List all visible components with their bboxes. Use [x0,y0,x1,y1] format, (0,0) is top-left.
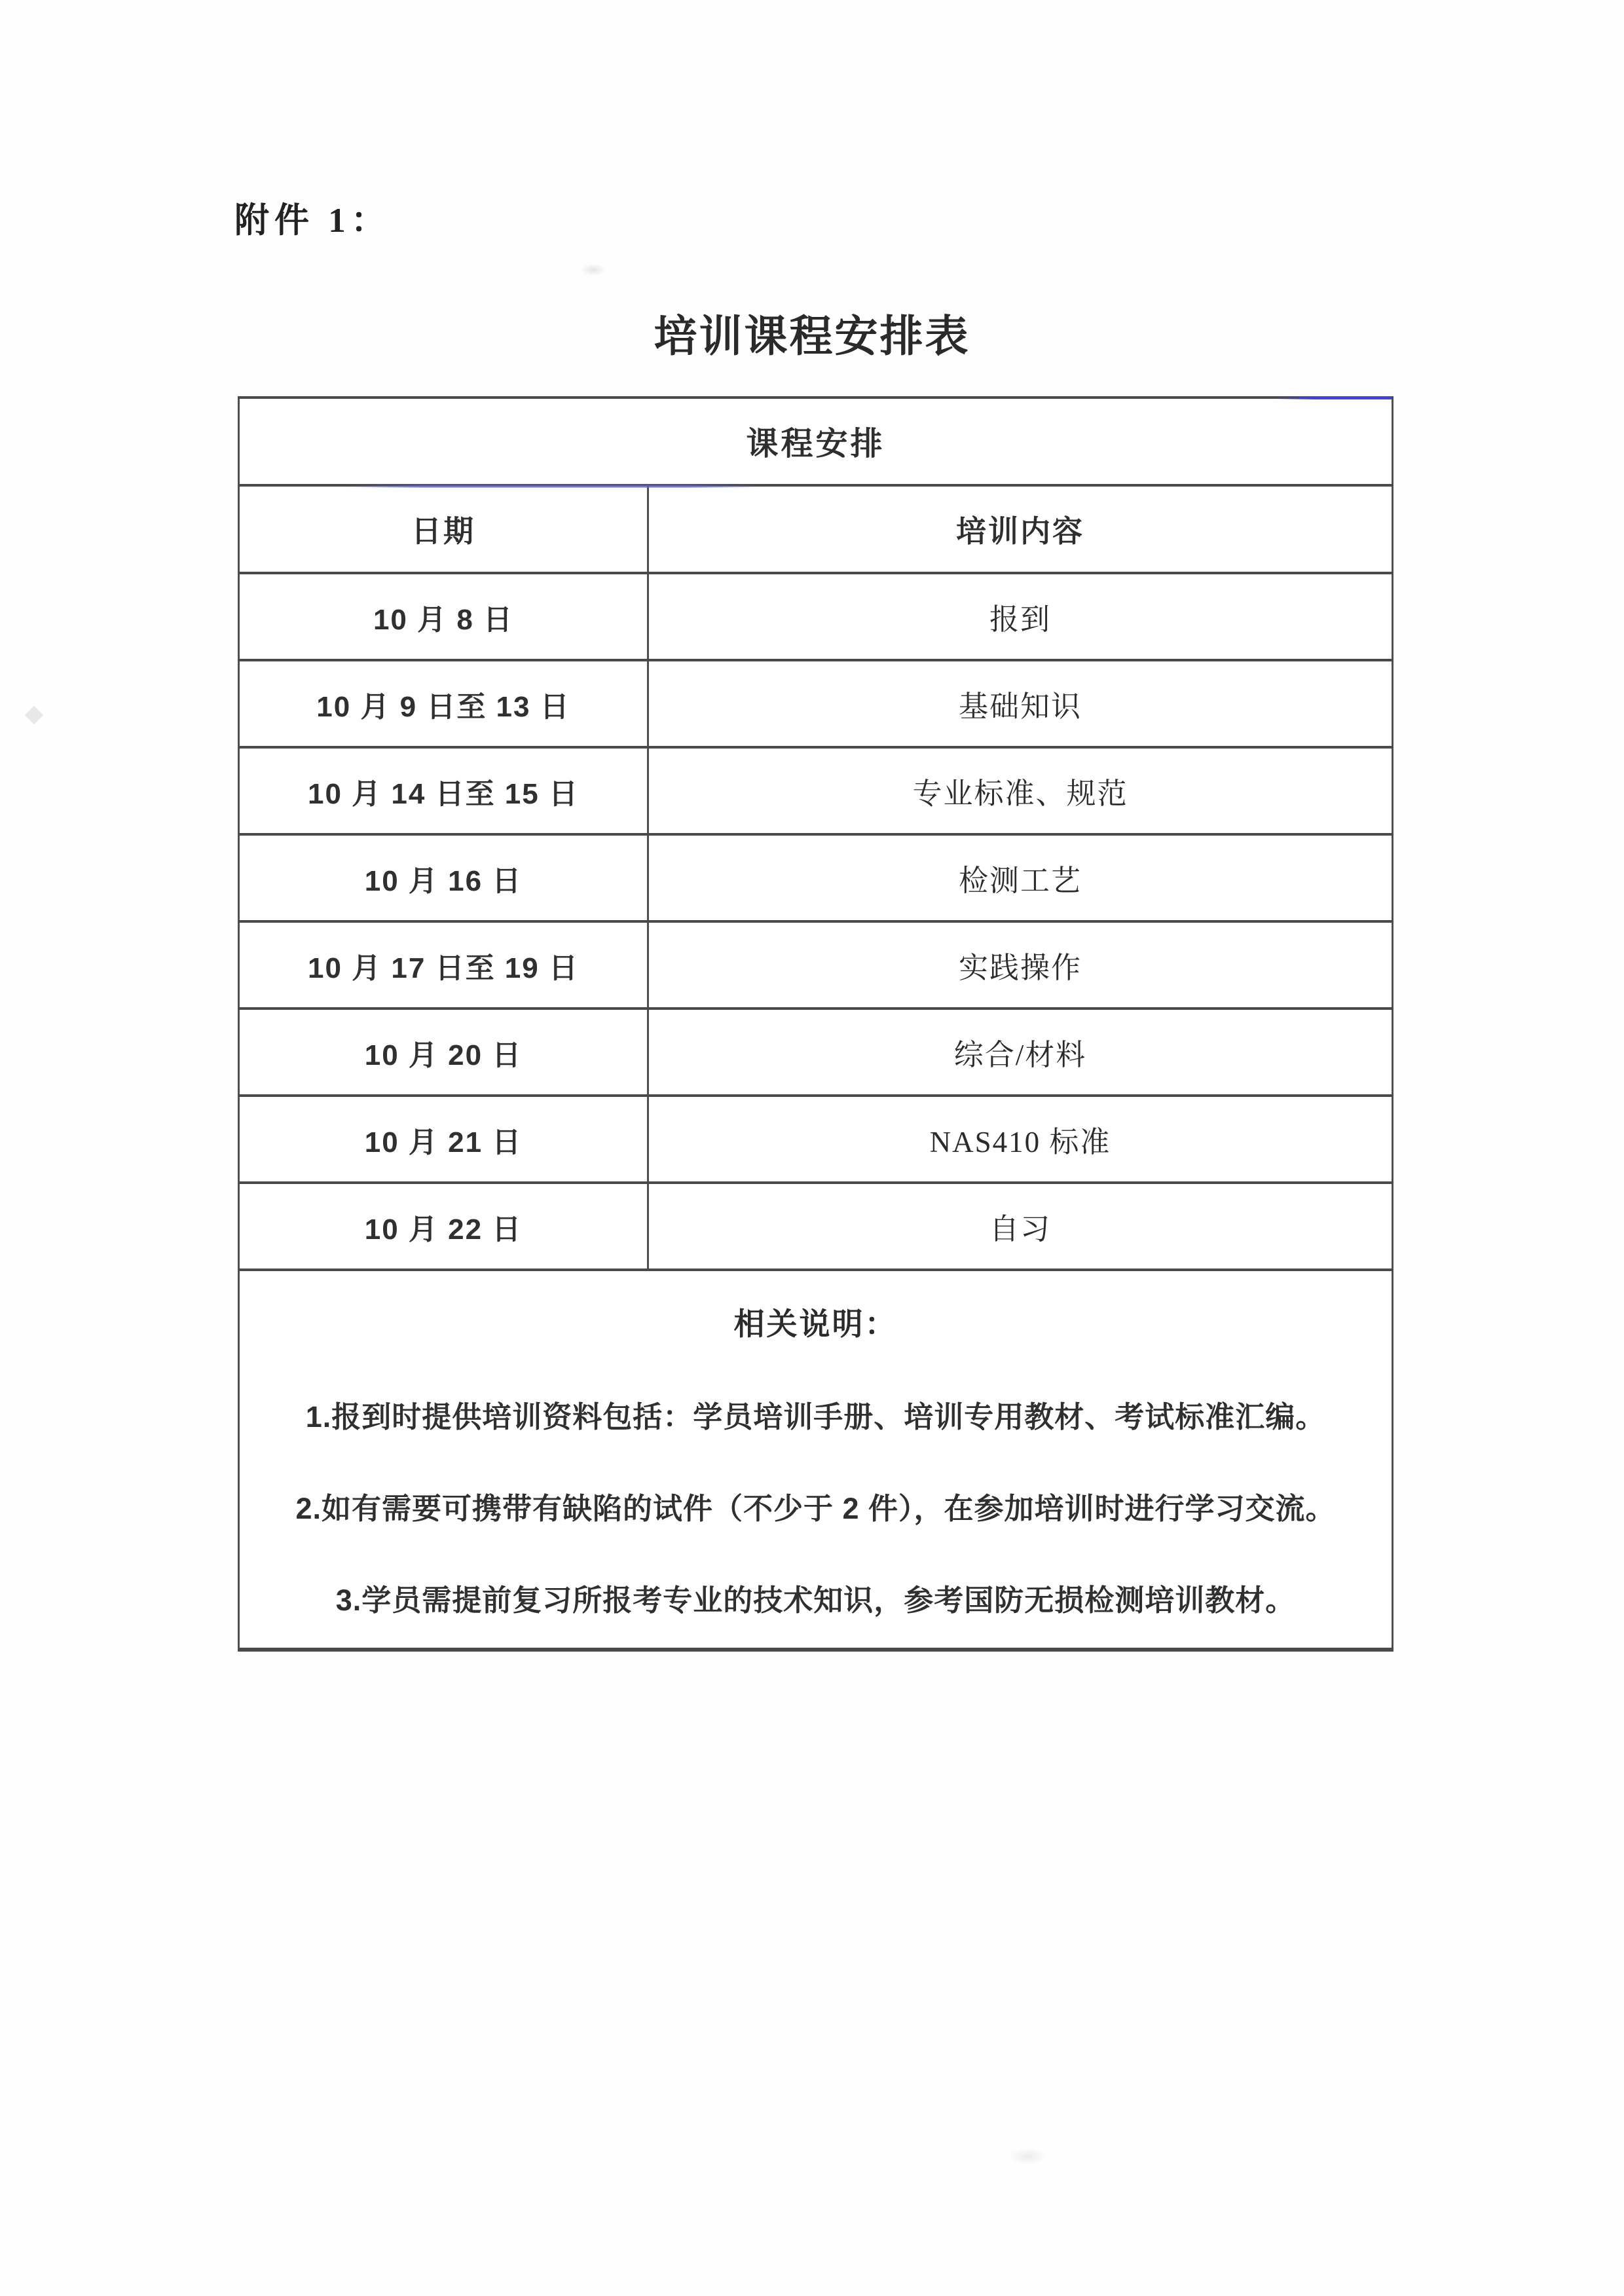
table-row: 10 月 20 日 综合/材料 [239,1009,1393,1096]
notes-cell: 相关说明： 1.报到时提供培训资料包括：学员培训手册、培训专用教材、考试标准汇编… [239,1270,1393,1650]
content-cell: 专业标准、规范 [648,747,1393,834]
table-row: 10 月 21 日 NAS410 标准 [239,1096,1393,1183]
content-cell: 实践操作 [648,921,1393,1009]
scan-artifact [25,706,43,724]
notes-row: 相关说明： 1.报到时提供培训资料包括：学员培训手册、培训专用教材、考试标准汇编… [239,1270,1393,1650]
date-cell: 10 月 20 日 [239,1009,648,1096]
note-item: 3.学员需提前复习所报考专业的技术知识，参考国防无损检测培训教材。 [240,1582,1392,1619]
document-page: 附件 1： 培训课程安排表 课程安排 日期 培训内容 10 月 8 日 报到 [0,0,1624,2296]
scan-artifact [580,263,606,276]
content-cell: 自习 [648,1183,1393,1270]
page-title: 培训课程安排表 [0,301,1624,363]
note-item: 2.如有需要可携带有缺陷的试件（不少于 2 件），在参加培训时进行学习交流。 [240,1491,1392,1527]
date-cell: 10 月 9 日至 13 日 [239,660,648,747]
column-header-row: 日期 培训内容 [239,485,1393,573]
date-cell: 10 月 16 日 [239,834,648,921]
notes-title: 相关说明： [240,1300,1392,1344]
date-cell: 10 月 22 日 [239,1183,648,1270]
date-cell: 10 月 21 日 [239,1096,648,1183]
column-header-content: 培训内容 [648,485,1393,573]
date-cell: 10 月 17 日至 19 日 [239,921,648,1009]
schedule-table-container: 课程安排 日期 培训内容 10 月 8 日 报到 10 月 9 日至 13 日 … [238,396,1392,1652]
scan-artifact [1008,2148,1048,2165]
table-row: 10 月 16 日 检测工艺 [239,834,1393,921]
note-item: 1.报到时提供培训资料包括：学员培训手册、培训专用教材、考试标准汇编。 [240,1399,1392,1435]
column-header-date: 日期 [239,485,648,573]
table-row: 10 月 22 日 自习 [239,1183,1393,1270]
content-cell: 报到 [648,573,1393,660]
table-title-row: 课程安排 [239,398,1393,485]
content-cell: 检测工艺 [648,834,1393,921]
table-row: 10 月 14 日至 15 日 专业标准、规范 [239,747,1393,834]
table-title-cell: 课程安排 [239,398,1393,485]
table-row: 10 月 9 日至 13 日 基础知识 [239,660,1393,747]
date-cell: 10 月 8 日 [239,573,648,660]
table-row: 10 月 17 日至 19 日 实践操作 [239,921,1393,1009]
content-cell: 基础知识 [648,660,1393,747]
content-cell: 综合/材料 [648,1009,1393,1096]
date-cell: 10 月 14 日至 15 日 [239,747,648,834]
content-cell: NAS410 标准 [648,1096,1393,1183]
schedule-table: 课程安排 日期 培训内容 10 月 8 日 报到 10 月 9 日至 13 日 … [238,396,1393,1652]
attachment-label: 附件 1： [234,193,391,242]
table-row: 10 月 8 日 报到 [239,573,1393,660]
